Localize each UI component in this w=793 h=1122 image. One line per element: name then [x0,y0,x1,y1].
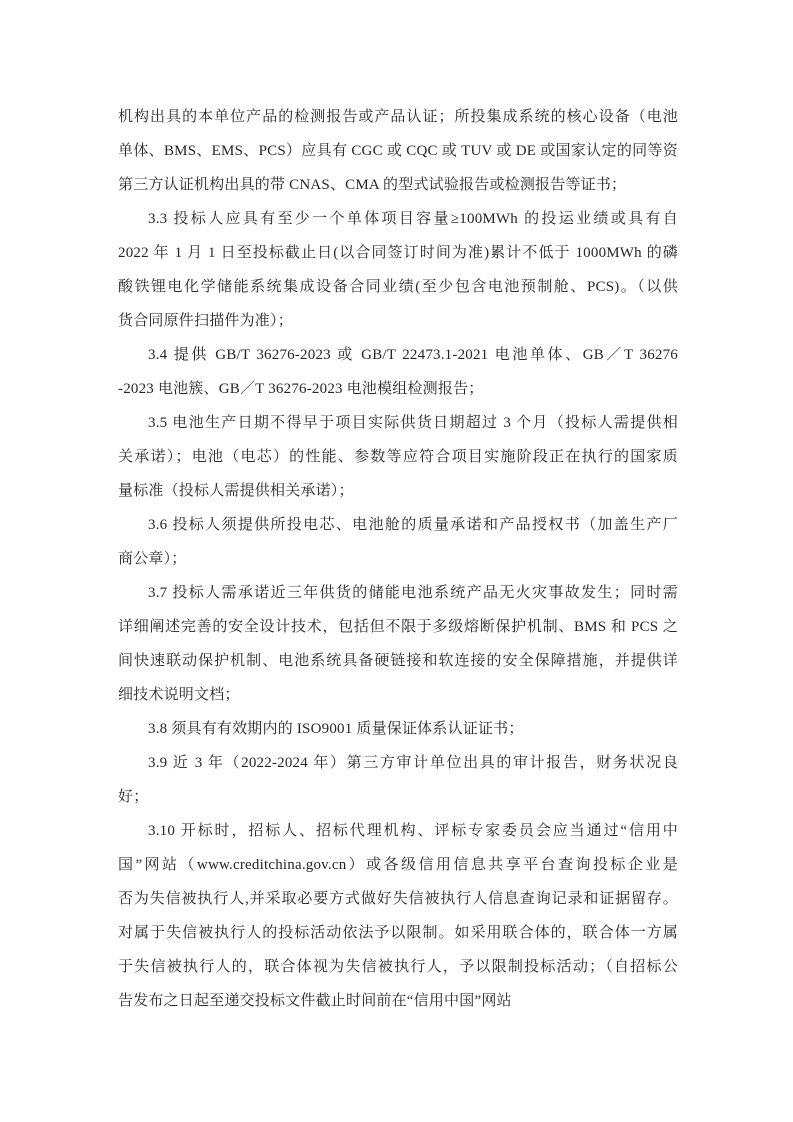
document-page: 机构出具的本单位产品的检测报告或产品认证；所投集成系统的核心设备（电池单体、BM… [0,0,793,1122]
paragraph-clause-3-6: 3.6 投标人须提供所投电芯、电池舱的质量承诺和产品授权书（加盖生产厂商公章）； [118,508,678,576]
text-line: 间快速联动保护机制、电池系统具备硬链接和软连接的安全保障措施，并提供详 [118,644,678,678]
text-line: 否为失信被执行人,并采取必要方式做好失信被执行人信息查询记录和证据留存。 [118,882,678,916]
text-line: 3.7 投标人需承诺近三年供货的储能电池系统产品无火灾事故发生；同时需 [118,576,678,610]
paragraph-clause-3-7: 3.7 投标人需承诺近三年供货的储能电池系统产品无火灾事故发生；同时需详细阐述完… [118,576,678,712]
paragraph-continuation: 机构出具的本单位产品的检测报告或产品认证；所投集成系统的核心设备（电池单体、BM… [118,100,678,202]
text-line: 酸铁锂电化学储能系统集成设备合同业绩(至少包含电池预制舱、PCS)。（以供 [118,270,678,304]
text-line: 国”网站（www.creditchina.gov.cn）或各级信用信息共享平台查… [118,848,678,882]
text-line: 单体、BMS、EMS、PCS）应具有 CGC 或 CQC 或 TUV 或 DE … [118,134,678,168]
text-line: 3.3 投标人应具有至少一个单体项目容量≥100MWh 的投运业绩或具有自 [118,202,678,236]
text-line: 3.4 提供 GB/T 36276-2023 或 GB/T 22473.1-20… [118,338,678,372]
text-line: 3.8 须具有有效期内的 ISO9001 质量保证体系认证证书； [118,712,678,746]
text-line: 告发布之日起至递交投标文件截止时间前在“信用中国”网站 [118,984,678,1018]
text-line: 2022 年 1 月 1 日至投标截止日(以合同签订时间为准)累计不低于 100… [118,236,678,270]
text-line: 3.6 投标人须提供所投电芯、电池舱的质量承诺和产品授权书（加盖生产厂 [118,508,678,542]
paragraph-clause-3-10: 3.10 开标时，招标人、招标代理机构、评标专家委员会应当通过“信用中国”网站（… [118,814,678,1018]
text-line: 第三方认证机构出具的带 CNAS、CMA 的型式试验报告或检测报告等证书； [118,168,678,202]
text-line: 商公章）； [118,542,678,576]
paragraph-clause-3-5: 3.5 电池生产日期不得早于项目实际供货日期超过 3 个月（投标人需提供相关承诺… [118,406,678,508]
text-line: 量标准（投标人需提供相关承诺）； [118,474,678,508]
text-line: 关承诺）；电池（电芯）的性能、参数等应符合项目实施阶段正在执行的国家质 [118,440,678,474]
text-line: 3.5 电池生产日期不得早于项目实际供货日期超过 3 个月（投标人需提供相 [118,406,678,440]
paragraph-clause-3-8: 3.8 须具有有效期内的 ISO9001 质量保证体系认证证书； [118,712,678,746]
text-line: -2023 电池簇、GB／T 36276-2023 电池模组检测报告； [118,372,678,406]
text-line: 货合同原件扫描件为准）； [118,304,678,338]
paragraph-clause-3-9: 3.9 近 3 年（2022-2024 年）第三方审计单位出具的审计报告，财务状… [118,746,678,814]
document-body: 机构出具的本单位产品的检测报告或产品认证；所投集成系统的核心设备（电池单体、BM… [118,100,678,1018]
paragraph-clause-3-4: 3.4 提供 GB/T 36276-2023 或 GB/T 22473.1-20… [118,338,678,406]
paragraph-clause-3-3: 3.3 投标人应具有至少一个单体项目容量≥100MWh 的投运业绩或具有自202… [118,202,678,338]
text-line: 细技术说明文档； [118,678,678,712]
text-line: 详细阐述完善的安全设计技术，包括但不限于多级熔断保护机制、BMS 和 PCS 之 [118,610,678,644]
text-line: 3.10 开标时，招标人、招标代理机构、评标专家委员会应当通过“信用中 [118,814,678,848]
text-line: 于失信被执行人的，联合体视为失信被执行人，予以限制投标活动；（自招标公 [118,950,678,984]
text-line: 好； [118,780,678,814]
text-line: 3.9 近 3 年（2022-2024 年）第三方审计单位出具的审计报告，财务状… [118,746,678,780]
text-line: 机构出具的本单位产品的检测报告或产品认证；所投集成系统的核心设备（电池 [118,100,678,134]
text-line: 对属于失信被执行人的投标活动依法予以限制。如采用联合体的，联合体一方属 [118,916,678,950]
